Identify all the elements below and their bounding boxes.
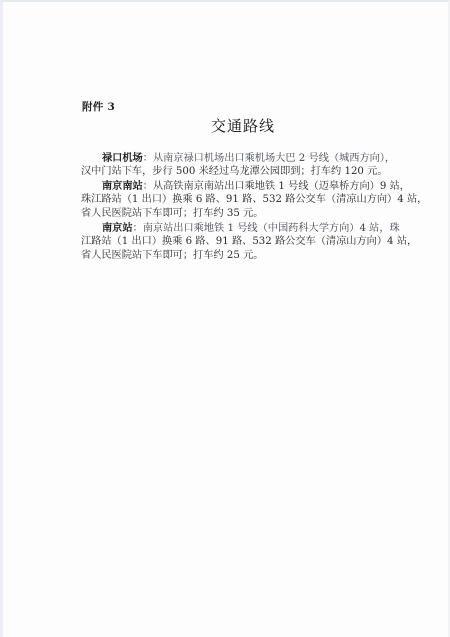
place-name: 南京站: [102, 222, 133, 234]
route-text-line: 汉中门站下车，步行 500 米经过乌龙潭公园即到；打车约 120 元。: [81, 165, 396, 179]
route-text-line: 从高铁南京南站出口乘地铁 1 号线（迈皋桥方向）9 站，: [153, 181, 410, 192]
route-text-line: 从南京禄口机场出口乘机场大巴 2 号线（城西方向），: [153, 153, 395, 164]
route-section-nanjing-station: 南京站：南京站出口乘地铁 1 号线（中国药科大学方向）4 站，珠 江路站（1 出…: [81, 221, 396, 263]
attachment-label: 附件 3: [82, 99, 115, 114]
separator: ：: [143, 181, 153, 192]
route-list: 禄口机场：从南京禄口机场出口乘机场大巴 2 号线（城西方向）， 汉中门站下车，步…: [81, 151, 396, 263]
document-title: 交通路线: [3, 115, 448, 136]
route-text-line: 珠江路站（1 出口）换乘 6 路、91 路、532 路公交车（清凉山方向）4 站…: [81, 193, 396, 207]
route-text-line: 江路站（1 出口）换乘 6 路、91 路、532 路公交车（清凉山方向）4 站，: [81, 235, 396, 249]
route-section-nanjing-south-station: 南京南站：从高铁南京南站出口乘地铁 1 号线（迈皋桥方向）9 站， 珠江路站（1…: [81, 179, 396, 221]
separator: ：: [143, 153, 153, 164]
route-text-line: 省人民医院站下车即可；打车约 25 元。: [81, 249, 396, 263]
place-name: 南京南站: [102, 180, 143, 192]
route-section-lukou-airport: 禄口机场：从南京禄口机场出口乘机场大巴 2 号线（城西方向）， 汉中门站下车，步…: [81, 151, 396, 179]
route-text-line: 省人民医院站下车即可；打车约 35 元。: [81, 207, 396, 221]
route-text-line: 南京站出口乘地铁 1 号线（中国药科大学方向）4 站，珠: [143, 223, 400, 234]
document-page: 附件 3 交通路线 禄口机场：从南京禄口机场出口乘机场大巴 2 号线（城西方向）…: [0, 0, 450, 637]
place-name: 禄口机场: [102, 152, 143, 164]
separator: ：: [133, 223, 143, 234]
